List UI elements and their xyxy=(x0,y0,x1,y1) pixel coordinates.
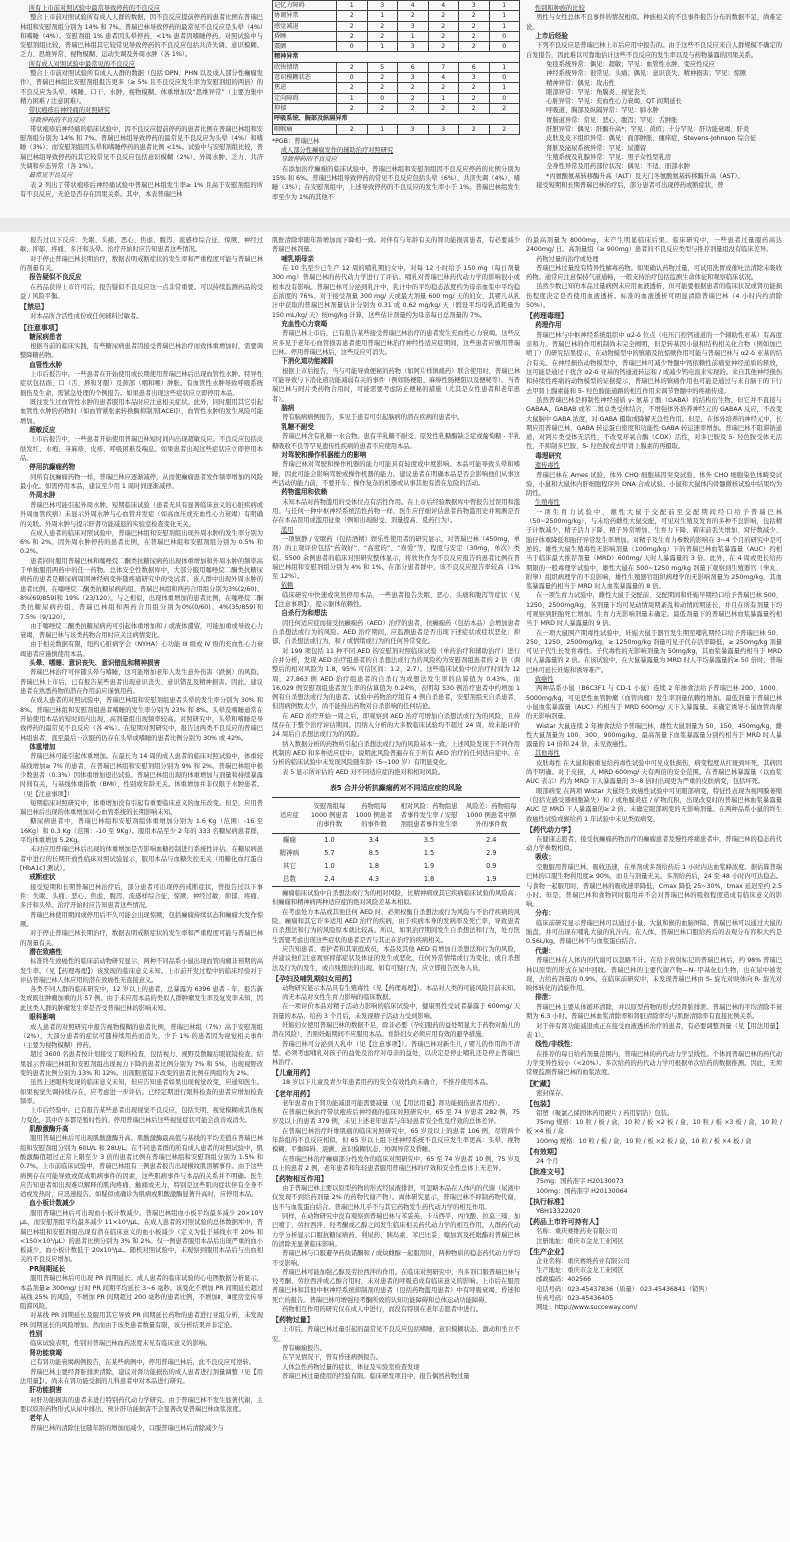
underlined-heading: 成人部分性癫痫发作的辅助治疗对照研究 xyxy=(272,146,520,155)
subsection-heading: 下消化道功能减弱 xyxy=(272,357,520,367)
table-category-row: 呼吸系统、胸部及纵隔异常 xyxy=(273,114,520,124)
section-heading: 【注意事项】 xyxy=(20,323,263,333)
paragraph: 邮政编码：402566 xyxy=(526,1275,782,1284)
indication-cell: 其它 xyxy=(272,860,307,873)
table-row: 感觉减退223221 xyxy=(273,21,520,31)
paragraph: 肌酐清除率随年龄增加而下降相一致。对伴有与年龄有关的肾功能损害患者，有必要减少普… xyxy=(272,236,520,255)
paragraph: 上市后报告中，一些患者在开始使用或长期使用普瑞巴林后出现血管性水肿。特异性症状包… xyxy=(20,370,263,398)
paragraph: 表 2 列出了带状疱疹后神经痛试验中普瑞巴林组发生率≥ 1% 且高于安慰剂组的所… xyxy=(20,181,263,200)
event-rate-cell: 2 xyxy=(428,11,459,21)
paragraph: 普瑞巴林过量使用的经验有限。临床研发项目中，报告偶然药物过量 xyxy=(272,1372,520,1381)
section-heading: 【批准文号】 xyxy=(526,1167,782,1177)
paragraph: 根据当前的临床实践，有些糖尿病患者因接受普瑞巴林治疗而致体重增加时，需要调整降糖… xyxy=(20,342,263,361)
risk-value-cell: 2.9 xyxy=(462,847,520,860)
event-label: 昏睡 xyxy=(273,31,337,41)
list-line: 胃肠道异常：常见：恶心、腹泻；罕见：舌肿胀 xyxy=(526,116,782,125)
paragraph: 临床前研究显示普瑞巴林可以通过小鼠、大鼠和猴的血脑屏障。普瑞巴林可以通过大鼠的胎… xyxy=(526,919,782,947)
page-separator xyxy=(0,218,790,232)
adverse-event-table-2: 记忆力障碍134431协调异常212221感觉减退223221昏睡221220震… xyxy=(272,0,520,135)
indication-cell: 癫痫 xyxy=(272,834,307,848)
paragraph: 上市后经验中，已有报告某些患者出现视觉不良反应，包括失明、视觉模糊或其他视力变化… xyxy=(20,1106,263,1125)
event-rate-cell: 3 xyxy=(398,21,429,31)
paragraph: 服用普瑞巴林后可出现血小板计数减少。普瑞巴林组血小板平均最多减少 20×10³/… xyxy=(20,1209,263,1265)
paragraph: 皮肤毒性 在大鼠和猴重复给药毒性试验中可见皮肤损伤，病变程度从红斑到坏死，其病因… xyxy=(526,759,782,787)
event-rate-cell: 6 xyxy=(398,62,429,72)
paragraph: 曾有脑病病例报告，多见于患有可引起脑病的潜在疾病的患者中。 xyxy=(272,413,520,422)
paragraph: 对于停止普瑞巴林长期治疗，数据表明戒断症状的发生率和严重程度可能与普瑞巴林的剂量… xyxy=(20,255,263,274)
paragraph: 普瑞巴林可能加强乙醇及劳拉西泮的作用。在临床对照研究中，当多剂口服普瑞巴林与羟考… xyxy=(272,1268,520,1305)
event-rate-cell: 2 xyxy=(337,83,368,93)
paragraph: 动物研究显示本品具有生殖毒性（见【药理毒理】）。本品对人类的可能风险目前未知。 xyxy=(272,984,520,993)
paragraph: YBH13322020 xyxy=(526,1207,782,1216)
paragraph: 24 个月 xyxy=(526,1157,782,1166)
italic-heading: 导致停药的不良反应 xyxy=(20,116,263,125)
subsection-heading: 血管性水肿 xyxy=(20,361,263,371)
paragraph: 在普瑞巴林治疗带状疱疹后神经痛的临床对照研究中，65 至 74 岁患者 282 … xyxy=(272,1108,520,1127)
paragraph: 各类不同人群的临床研究中，12 岁以上的患者，总暴露为 6396 患者 - 年，… xyxy=(20,985,263,1013)
paragraph: 药物相互作用的研究仅在成人中进行，而没有特别在老年志愿者中进行。 xyxy=(272,1305,520,1314)
paragraph: 在考虑处方本品或其他任何 AED 时，必须权衡自杀想法或行为风险与不治疗疾病的风… xyxy=(272,908,520,945)
event-rate-cell: 2 xyxy=(428,21,459,31)
event-rate-cell: 6 xyxy=(459,62,490,72)
paragraph: 因任何适应症而接受抗癫痫药（AED）治疗的患者，抗癫痫药（包括本品）会增加患者自… xyxy=(272,619,520,647)
event-rate-cell: 1 xyxy=(337,1,368,11)
paragraph: 普瑞巴林含有乳糖一水合物。患有半乳糖不耐受、原发性乳糖酶缺乏症或葡萄糖 - 半乳… xyxy=(272,432,520,451)
paragraph: 一项生育力试验中，雄性大鼠于交配前至交配期间经口给予普瑞巴林（50~2500mg… xyxy=(526,508,782,592)
paragraph: 普瑞巴林主要经肾脏排泄清除，建议对肾功能损伤的成人患者进行剂量调整（见【用法用量… xyxy=(20,1368,263,1387)
event-rate-cell: 7 xyxy=(428,62,459,72)
event-label: 咽喉痛 xyxy=(273,124,337,134)
table-5-header: 风险差：药物组每 1000 例患者中额外的事件数 xyxy=(462,798,520,834)
paragraph: 由于相关数据有限，纽约心脏病学会（NYHA）心功能 III 级或 IV 级的充血… xyxy=(20,640,263,659)
paragraph: 应告知患者、看护者和其家庭成员，本品及其他 AED 有增加自杀想法和行为的风险，… xyxy=(272,945,520,973)
section-heading: 【禁忌】 xyxy=(20,302,263,312)
table-5-row: 精神病5.78.51.52.9 xyxy=(272,847,520,860)
paragraph: 未对应用普瑞巴林后出现的体重增加是否影响血糖控制进行系统性评估。在糖尿病患者中进… xyxy=(20,845,263,873)
list-line: 免疫系统异常：偶见：超敏；罕见：血管性水肿、变应性反应 xyxy=(526,60,782,69)
event-rate-cell: 2 xyxy=(367,21,398,31)
paragraph: 服用普瑞巴林后可出现肌酸激酶升高。肌酸激酶最高值与基线的平均差值在普瑞巴林组和安… xyxy=(20,1134,263,1199)
paragraph: 在罕见情况下，曾有昏迷病例报告。 xyxy=(272,1353,520,1362)
event-rate-cell: 2 xyxy=(459,83,490,93)
event-rate-cell: 2 xyxy=(428,42,459,52)
subsection-heading: 自杀行为和想法 xyxy=(272,609,520,619)
paragraph: 由于普瑞巴林主要以原型药物的形式经尿液排泄，可忽略本品在人体内的代谢（尿液中仅发… xyxy=(272,1184,520,1212)
paragraph: 普瑞巴林可分泌到人乳中（见【注意事项】）。普瑞巴林对新生儿 / 婴儿的作用尚不清… xyxy=(272,1040,520,1068)
event-rate-cell: 1 xyxy=(489,83,520,93)
subsection-heading: 线性/非线性： xyxy=(526,1040,782,1050)
section-heading: 【药品上市许可持有人】 xyxy=(526,1217,782,1227)
subsection-heading: 老年人 xyxy=(20,1414,263,1424)
event-rate-cell: 2 xyxy=(337,103,368,113)
section-heading: 【执行标准】 xyxy=(526,1197,782,1207)
event-rate-cell: 2 xyxy=(459,124,490,134)
event-rate-cell: 3 xyxy=(459,73,490,83)
subsection-heading: 超敏反应 xyxy=(20,426,263,436)
paragraph: 在 10 名至少已生产 12 周的哺乳期妇女中，对每 12 小时给予 150 m… xyxy=(272,264,520,320)
event-rate-cell: 1 xyxy=(367,42,398,52)
subsection-heading: 肌酸激酶升高 xyxy=(20,1125,263,1135)
paragraph: 一项镇静 / 安眠药（包括酒精）娱乐性使用者的研究显示，对普瑞巴林（450mg，… xyxy=(272,535,520,581)
underlined-heading: 所有成人对照试验中最常见的不良反应 xyxy=(20,60,263,69)
table-row: 抑郁222222 xyxy=(273,103,520,113)
event-rate-cell: 2 xyxy=(337,21,368,31)
paragraph: 普瑞巴林在人体内的代谢可以忽略不计。在给予放射标记的普瑞巴林后，约 98% 普瑞… xyxy=(526,956,782,993)
event-rate-cell: 0 xyxy=(489,31,520,41)
event-rate-cell: 2 xyxy=(337,31,368,41)
paragraph: 在一项评价本品对精子活动力影响的临床试验中，健康男性受试者暴露于 600mg/ … xyxy=(272,1002,520,1021)
paragraph: 注册地址：重庆市金龙工业园区 xyxy=(526,1237,782,1246)
event-label: 焦虑 xyxy=(273,83,337,93)
subsection-heading: 药理作用 xyxy=(526,321,782,331)
subsection-heading: 停用抗癫痫药物 xyxy=(20,463,263,473)
table-5-caption: 表5 合并分析抗癫痫药对不同适应症的风险 xyxy=(272,781,520,797)
list-line: 肾脏及泌尿系统异常：罕见：尿潴留 xyxy=(526,144,782,153)
underlined-heading: 依赖 xyxy=(272,581,520,590)
event-rate-cell: 2 xyxy=(398,11,429,21)
top-left-column: 所有上市前对照试验中最常导致停药的不良反应整合上市前对照试验所有成人人群的数据，… xyxy=(20,4,263,214)
paragraph: 整合上市前对照试验所有成人人群的数据，因不良反应提前停药的患者比例在普瑞巴林组和… xyxy=(20,13,263,59)
main-column-2-lower: 癫痫临床试验中自杀想法或行为的相对风险，比精神病或其它疾病临床试验的风险高；但癫… xyxy=(272,889,520,1381)
paragraph: 表 5 显示所评估的 AED 对不同适应症的绝对和相对风险。 xyxy=(272,768,520,777)
event-rate-cell: 2 xyxy=(459,11,490,21)
event-rate-cell: 2 xyxy=(428,31,459,41)
paragraph: 超过 3600 名患者按计划接受了眼科检查，包括视力、视野及散瞳后眼底镜检查。结… xyxy=(20,1050,263,1078)
section-heading: 【老年用药】 xyxy=(272,1089,520,1099)
subsection-heading: 吸收： xyxy=(526,853,782,863)
paragraph: 传真号码：023-45436405 xyxy=(526,1294,782,1303)
paragraph: 的最高剂量为 8000mg，未产生明显临床后果。临床研究中，一些患者过量服药高达… xyxy=(526,236,782,255)
subsection-heading: 乳糖不耐受 xyxy=(272,423,520,433)
underlined-heading: 遗传毒性 xyxy=(526,461,782,470)
paragraph: 密封保存。 xyxy=(526,1089,782,1098)
underlined-heading: 性别和种族的比较 xyxy=(526,4,782,13)
paragraph: 普瑞巴林的清除往往随年龄的增加而减少，口服普瑞巴林后清除减少与 xyxy=(20,1424,263,1433)
paragraph: 药物过量的治疗或处理 xyxy=(526,255,782,264)
italic-heading: 导致停药的不良反应 xyxy=(272,155,520,164)
main-column-1: 报告过以下反应：失眠、头痛、恶心、焦虑、腹泻、流感样综合征、惊厥、神经过敏、抑郁… xyxy=(20,236,263,1536)
event-rate-cell: 1 xyxy=(367,11,398,21)
paragraph: 生产地址：重庆市金龙工业园区 xyxy=(526,1266,782,1275)
paragraph: 对本品所含活性成份或任何辅料过敏者。 xyxy=(20,312,263,321)
risk-value-cell: 5.7 xyxy=(307,847,352,860)
paragraph: 接受短期和长期普瑞巴林治疗后，部分患者可出现停药或断症状，曾 xyxy=(526,181,782,190)
italic-heading: 最常见不良反应 xyxy=(20,171,263,180)
paragraph: 在普瑞巴林治疗癫痫部分性发作的临床对照研究中，65 至 74 岁患者 10 例，… xyxy=(272,1155,520,1174)
event-label: 感觉减退 xyxy=(273,21,337,31)
table-5-aed-risk: 表5 合并分析抗癫痫药对不同适应症的风险 适应症安慰剂组每 1000 例患者的事… xyxy=(272,781,520,887)
subsection-heading: 肝功能损害 xyxy=(20,1386,263,1396)
event-rate-cell: 1 xyxy=(489,62,520,72)
table-category-row: 精神异常 xyxy=(273,52,520,62)
event-rate-cell: 2 xyxy=(367,73,398,83)
paragraph: 铝塑（聚氯乙烯固体药用硬片 / 药用铝箔）包装。 xyxy=(526,1109,782,1118)
subsection-heading: 分布： xyxy=(526,909,782,919)
risk-value-cell: 1.8 xyxy=(352,860,395,873)
event-rate-cell: 2 xyxy=(367,31,398,41)
paragraph: 妊娠妇女使用普瑞巴林的数据不足，除非必要（孕妇服药的益处明显大于药物对胎儿的潜在… xyxy=(272,1021,520,1040)
event-rate-cell: 3 xyxy=(398,42,429,52)
section-heading: 【孕妇及哺乳期妇女用药】 xyxy=(272,974,520,984)
risk-value-cell: 0.9 xyxy=(462,860,520,873)
paragraph: 普瑞巴林上市后，已有报告某些接受普瑞巴林治疗的患者发生充血性心力衰竭。这些反应多… xyxy=(272,329,520,357)
paragraph: 名称：重庆赛维药业有限公司 xyxy=(526,1227,782,1236)
paragraph: 上市后，普瑞巴林过量引起的最常见不良反应包括嗜睡、意识模糊状态、激动和坐立不安。 xyxy=(272,1325,520,1344)
paragraph: 带状疱疹后神经痛的临床试验中，因不良反应提前停药的患者比例在普瑞巴林组和安慰剂组… xyxy=(20,125,263,171)
paragraph: 纳入数据分析的药物所引起自杀想法或行为的风险基本一致。上述风险发现于不同作用机制… xyxy=(272,740,520,768)
event-rate-cell: 4 xyxy=(428,73,459,83)
paragraph: 服用普瑞巴林后可出现 PR 间期延长。成人患者的临床试验的心电图数据分析显示，本… xyxy=(20,1274,263,1311)
top-middle-text: 成人部分性癫痫发作的辅助治疗对照研究导致停药的不良反应在添加治疗癫痫的临床试验中… xyxy=(272,146,520,202)
section-heading: 【有效期】 xyxy=(526,1147,782,1157)
table-5-header: 安慰剂组每 1000 例患者的事件数 xyxy=(307,798,352,834)
event-rate-cell: 3 xyxy=(367,1,398,11)
event-label: 意识模糊状态 xyxy=(273,73,337,83)
list-line: 全身性异常及用药部位状况：偶见：不适、面部水肿 xyxy=(526,162,782,171)
event-rate-cell: 2 xyxy=(367,83,398,93)
subsection-heading: 性别 xyxy=(20,1330,263,1340)
list-line: 呼吸道、胸部及纵隔异常：罕见：肺水肿 xyxy=(526,106,782,115)
paragraph: 在一项生育力试验中，雌性大鼠于交配前、交配期间和妊娠早期经口给予普瑞巴林 500… xyxy=(526,591,782,628)
paragraph: 两种品系小鼠（B6C3F1 与 CD-1 小鼠）连续 2 年掺食法给予普瑞巴林 … xyxy=(526,684,782,721)
event-label: 定向障碍 xyxy=(273,93,337,103)
main-column-3: 的最高剂量为 8000mg，未产生明显临床后果。临床研究中，一些患者过量服药高达… xyxy=(526,236,782,1536)
paragraph: 由于噻唑烷二酮类抗糖尿病药可引起体重增加和 / 或液体潴留，可能加重或导致心力衰… xyxy=(20,622,263,641)
section-heading: 【药物相互作用】 xyxy=(272,1174,520,1184)
list-line: 眼部异常：罕见：角膜炎、视觉丧失 xyxy=(526,88,782,97)
paragraph: 18 岁以下儿童及青少年患者用药的安全有效性尚未确立，不推荐使用本品。 xyxy=(272,1078,520,1087)
paragraph: 虽然少数已知的本品过量病例未应用血液透析，但可能要根据患者的临床状况或肾功能损伤… xyxy=(526,282,782,310)
event-rate-cell: 0 xyxy=(367,93,398,103)
subsection-heading: 代谢： xyxy=(526,947,782,957)
paragraph: 根据上市后报告，当与可能导致便秘的药物（如阿片样镇痛药）联合使用时，普瑞巴林可能… xyxy=(272,367,520,404)
paragraph: 对基线 PR 间期延长及服用其它导致 PR 间期延长药物的患者进行亚组分析，未发… xyxy=(20,1311,263,1330)
subsection-heading: 对驾驶和操作机器能力的影响 xyxy=(272,451,520,461)
list-line: 心脏异常：罕见：充血性心力衰竭、QT 间期延长 xyxy=(526,97,782,106)
paragraph: 糖尿病患者中，普瑞巴林组和安慰剂组体重增加分别为 1.6 Kg（范围：-16 至… xyxy=(20,817,263,845)
table-5-header: 适应症 xyxy=(272,798,307,834)
subsection-heading: 潜在致癌性 xyxy=(20,948,263,958)
paragraph: 眼部病变 在两项 Wistar 大鼠终生致癌性试验中可见眼部病变，特征性表现为视… xyxy=(526,787,782,824)
subsection-heading: 充血性心力衰竭 xyxy=(272,320,520,330)
event-rate-cell: 2 xyxy=(489,124,520,134)
event-rate-cell: 1 xyxy=(337,93,368,103)
paragraph: 网址：http://www.succeway.com/ xyxy=(526,1303,782,1312)
paragraph: 普瑞巴林可能引起体重增加。在最长为 14 周的成人患者的临床对照试验中，体重较基… xyxy=(20,752,263,798)
section-heading: 【药理毒理】 xyxy=(526,311,782,321)
paragraph: 普瑞巴林主要从体循环清除，并以原型药物的形式经肾脏排泄。普瑞巴林的平均清除半衰期… xyxy=(526,1003,782,1022)
paragraph: 对 199 项包括 11 种不同 AED 的安慰剂对照临床试验（单药治疗和辅助治… xyxy=(272,647,520,712)
section-heading: 【贮藏】 xyxy=(526,1079,782,1089)
paragraph: 同样，在动物研究中没有观察到普瑞巴林与苯妥英、卡马西平、丙戊酸、拉莫三嗪、加巴喷… xyxy=(272,1212,520,1249)
event-rate-cell: 2 xyxy=(489,103,520,113)
paragraph: 尚无本品对女性生育力影响的临床数据。 xyxy=(272,993,520,1002)
event-rate-cell: 2 xyxy=(459,31,490,41)
event-rate-cell: 2 xyxy=(398,93,429,103)
event-rate-cell: 2 xyxy=(337,11,368,21)
subsection-heading: 外周水肿 xyxy=(20,491,263,501)
paragraph: Wistar 大鼠连续 2 年掺食法给予普瑞巴林，雄性大鼠剂量为 50、150、… xyxy=(526,722,782,750)
paragraph: 在普瑞巴林治疗纤维肌痛的临床对照研究中，65 岁及以上的患者 106 例，尽管两… xyxy=(272,1127,520,1155)
subsection-heading: 糖尿病患者 xyxy=(20,333,263,343)
table-row: 焦虑222221 xyxy=(273,83,520,93)
event-rate-cell: 1 xyxy=(367,124,398,134)
paragraph: 癫痫临床试验中自杀想法或行为的相对风险，比精神病或其它疾病临床试验的风险高；但癫… xyxy=(272,889,520,908)
event-rate-cell: 3 xyxy=(398,73,429,83)
event-rate-cell: 2 xyxy=(459,21,490,31)
risk-value-cell: 2.4 xyxy=(462,834,520,848)
subsection-heading: 肾功能衰竭 xyxy=(20,1349,263,1359)
top-middle-column: 记忆力障碍134431协调异常212221感觉减退223221昏睡221220震… xyxy=(272,0,520,214)
paragraph: 上市后报告中，一些患者开始使用普瑞巴林短时间内出现超敏反应。不良反应包括皮肤发红… xyxy=(20,435,263,463)
table-row: 昏睡221220 xyxy=(273,31,520,41)
risk-value-cell: 1.9 xyxy=(396,860,463,873)
paragraph: 普瑞巴林与口服避孕药炔诺酮和 / 或炔雌醇一起服用时，两种物质的稳态药代动力学均… xyxy=(272,1249,520,1268)
paragraph: 男性与女性总体不良事件的情况相似。种族相关的不良事件报告分布的数据不足，尚难定论… xyxy=(526,13,782,32)
event-label: 抑郁 xyxy=(273,103,337,113)
paragraph: 未知本品对药物滥用的受体位点有活性作用。在上市后经验数据库中曾报告过误用和滥用。… xyxy=(272,498,520,526)
underlined-heading: 生殖毒性 xyxy=(526,498,782,507)
subsection-heading: 眼科影响 xyxy=(20,1013,263,1023)
risk-value-cell: 1.9 xyxy=(462,873,520,887)
paragraph: 在药品获得上市许可后，报告疑似不良反应这一点非常重要。可以持续监测药品的受益 /… xyxy=(20,283,263,302)
table-row: 定向障碍102120 xyxy=(273,93,520,103)
subsection-heading: 头晕、嗜睡、意识丧失、意识错乱和精神损害 xyxy=(20,659,263,669)
event-rate-cell: 0 xyxy=(489,93,520,103)
table-footnote: *PGB：普瑞巴林 xyxy=(272,137,520,146)
list-line: 生殖系统及乳腺异常：罕见：男子女性型乳房 xyxy=(526,153,782,162)
category-label: 精神异常 xyxy=(273,52,520,62)
paragraph: 在 AED 治疗开始一周之后，即观察到 AED 治疗可增加自杀想法或行为的风险，… xyxy=(272,712,520,740)
paragraph: 对于伴有肾功能减退或正在接受血液透析治疗的患者，有必要调整剂量（见【用法用量】表… xyxy=(526,1022,782,1041)
table-row: 意识模糊状态023430 xyxy=(273,73,520,83)
paragraph: 虽然普瑞巴林是抑制性神经递质 γ- 氨基丁酸（GABA）的结构衍生物，但它并不直… xyxy=(526,396,782,452)
underlined-heading: 带状疱疹后神经痛的对照研究 xyxy=(20,106,263,115)
section-heading: 【药代动力学】 xyxy=(526,825,782,835)
paragraph: 整合上市前对照试验所有成人人群的数据（包括 DPN、PHN 以及成人部分性癫痫发… xyxy=(20,69,263,106)
event-label: 震颤 xyxy=(273,42,337,52)
event-rate-cell: 2 xyxy=(459,103,490,113)
risk-value-cell: 8.5 xyxy=(352,847,395,860)
event-rate-cell: 1 xyxy=(489,21,520,31)
paragraph: 普瑞巴林治疗可伴随头晕与嗜睡，这可能增加老年人发生意外伤害（跌倒）的风险。普瑞巴… xyxy=(20,668,263,696)
event-label: 欣快情绪 xyxy=(273,62,337,72)
main-column-2-upper: 肌酐清除率随年龄增加而下降相一致。对伴有与年龄有关的肾功能损害患者，有必要减少普… xyxy=(272,236,520,777)
paragraph: 在成人患者的对照试验中，普瑞巴林组和安慰剂组患者头晕的发生率分别为 30% 和 … xyxy=(20,696,263,742)
event-rate-cell: 2 xyxy=(337,62,368,72)
indication-cell: 精神病 xyxy=(272,847,307,860)
list-line: 皮肤及皮下组织异常：偶见：面部肿胀、瘙痒症、Stevens-Johnson 综合… xyxy=(526,134,782,143)
event-rate-cell: 4 xyxy=(398,1,429,11)
paragraph: 普瑞巴林对驾驶和操作机器的能力可能具有轻度或中度影响。本品可能导致头晕和嗜睡，因… xyxy=(272,460,520,488)
paragraph: 临床研究中快速或突然停用本品，一些患者报告失眠、恶心、头痛和腹泻等症状（见【注意… xyxy=(272,591,520,610)
section-heading: 【药物过量】 xyxy=(272,1315,520,1325)
paragraph: 患者同时服用普瑞巴林和噻唑烷二酮类抗糖尿病药出现体重增加和外周水肿的频率高于单独… xyxy=(20,557,263,622)
risk-value-cell: 3.5 xyxy=(396,834,463,848)
subsection-heading: 体重增加 xyxy=(20,743,263,753)
indication-cell: 总数 xyxy=(272,873,307,887)
paragraph: 在添加治疗癫痫的临床试验中，普瑞巴林组和安慰剂组因不良反应停药的比例分别为 15… xyxy=(272,165,520,202)
section-heading: 【生产企业】 xyxy=(526,1247,782,1257)
table-row: 咽喉痛213322 xyxy=(273,124,520,134)
paragraph: 100mg：国药准字 H20130064 xyxy=(526,1187,782,1196)
paragraph: 电话号码：023-45437836（质量） 023-45436841（销售） xyxy=(526,1285,782,1294)
event-rate-cell: 3 xyxy=(428,124,459,134)
event-rate-cell: 2 xyxy=(398,103,429,113)
table-row: 欣快情绪256761 xyxy=(273,62,520,72)
event-rate-cell: 2 xyxy=(428,83,459,93)
section-heading: 【儿童用药】 xyxy=(272,1068,520,1078)
paragraph: 75mg：国药准字 H20130073 xyxy=(526,1177,782,1186)
risk-value-cell: 1.5 xyxy=(396,847,463,860)
paragraph: 同所有抗癫痫药物一样，普瑞巴林应逐渐减停，从而使癫痫患者发作频率增加的风险最小化… xyxy=(20,473,263,492)
subsection-heading: 报告疑似不良反应 xyxy=(20,273,263,283)
subsection-heading: 血小板计数减少 xyxy=(20,1199,263,1209)
subsection-heading: 毒理研究 xyxy=(526,452,782,462)
paragraph: 虽然上述眼科发现的临床意义未知，但应告知患者如果出现视觉改变，应通知医生。如果视… xyxy=(20,1078,263,1106)
list-line: *丙氨酸氨基转移酶升高（ALT）及天门冬氨酸氨基转移酶升高（AST）。 xyxy=(526,172,782,181)
paragraph: 普瑞巴林在 Ames 试验、体外 CHO 细胞基因突变试验、体外 CHO 细胞染… xyxy=(526,471,782,499)
event-rate-cell: 3 xyxy=(459,1,490,11)
event-rate-cell: 4 xyxy=(428,1,459,11)
list-line: 神经系统异常：很常见：头痛；偶见：意识丧失、精神损害；罕见：惊厥 xyxy=(526,69,782,78)
paragraph: 企业名称：重庆赛维药业有限公司 xyxy=(526,1257,782,1266)
event-rate-cell: 0 xyxy=(489,42,520,52)
event-label: 记忆力障碍 xyxy=(273,1,337,11)
paragraph: 接受短期和长期普瑞巴林治疗后，部分患者可出现停药戒断症状，曾报告过以下事件：失眠… xyxy=(20,883,263,911)
event-label: 协调异常 xyxy=(273,11,337,21)
event-rate-cell: 2 xyxy=(428,103,459,113)
paragraph: 人体急性药物过量的症状、体征及实验室检查发现 xyxy=(272,1363,520,1372)
subsection-heading: 药物滥用和依赖 xyxy=(272,488,520,498)
table-row: 震颤013220 xyxy=(273,42,520,52)
paragraph: 普瑞巴林过量没有特异性解毒药物。如果确认药物过量，可试用洗胃或催吐法清除未吸收药… xyxy=(526,264,782,283)
event-rate-cell: 2 xyxy=(337,124,368,134)
event-rate-cell: 0 xyxy=(337,42,368,52)
subsection-heading: 脑病 xyxy=(272,404,520,414)
paragraph: 普瑞巴林使用期间或停用后不久可能会出现惊厥，包括癫痫持续状态和癫痫大发作惊厥。 xyxy=(20,911,263,930)
paragraph: 对肝功能损害的患者未进行特别药代动力学研究。由于普瑞巴林不发生显著代谢，主要以原… xyxy=(20,1396,263,1415)
subsection-heading: 排泄： xyxy=(526,993,782,1003)
event-rate-cell: 1 xyxy=(489,11,520,21)
paragraph: 临床试验表明，性别对普瑞巴林血药浓度未见有临床意义的影响。 xyxy=(20,1339,263,1348)
category-label: 呼吸系统、胸部及纵隔异常 xyxy=(273,114,520,124)
event-rate-cell: 1 xyxy=(428,93,459,103)
section-heading: 【包装】 xyxy=(526,1099,782,1109)
subsection-heading: 哺乳期母亲 xyxy=(272,255,520,265)
event-rate-cell: 2 xyxy=(459,93,490,103)
table-5-header: 相对风险：药物组患者事件发生率 / 安慰剂组患者事件发生率 xyxy=(396,798,463,834)
event-rate-cell: 1 xyxy=(489,1,520,11)
paragraph: 在成人患者的临床对照试验中，普瑞巴林组和安慰剂组出现外周水肿的发生率分别为 6%… xyxy=(20,529,263,557)
paragraph: 报告过以下反应：失眠、头痛、恶心、焦虑、腹泻、流感样综合征、惊厥、神经过敏、抑郁… xyxy=(20,236,263,255)
paragraph: 普瑞巴林可能引起外周水肿。短期临床试验（患者无具有显著临床意义的心脏疾病或外周血… xyxy=(20,501,263,529)
event-rate-cell: 2 xyxy=(398,83,429,93)
paragraph: 已有肾功能衰竭病例报告，在某些病例中，停用普瑞巴林后，此不良反应可逆转。 xyxy=(20,1358,263,1367)
main-column-2: 肌酐清除率随年龄增加而下降相一致。对伴有与年龄有关的肾功能损害患者，有必要减少普… xyxy=(272,236,520,1536)
table-row: 协调异常212221 xyxy=(273,11,520,21)
paragraph: 空腹服用普瑞巴林，吸收迅速，在单剂或多剂给药后 1 小时内达血浆峰浓度。据估算普… xyxy=(526,863,782,909)
paragraph: 在一项大鼠围产期毒性试验中，妊娠大鼠于器官发生期至哺乳期经口给予普瑞巴林 50、… xyxy=(526,629,782,675)
paragraph: 75mg 规格：10 粒 / 板 / 盒，10 粒 / 板 ×2 板 / 盒，1… xyxy=(526,1118,782,1137)
list-line: 肝胆异常：偶见：肝酶升高*；罕见：黄疸；十分罕见：肝功能衰竭、肝炎 xyxy=(526,125,782,134)
table-row: 记忆力障碍134431 xyxy=(273,1,520,11)
event-rate-cell: 2 xyxy=(459,42,490,52)
paragraph: 成人患者的对照研究中报告视物模糊的患者比例，普瑞巴林组（7%）高于安慰剂组（2%… xyxy=(20,1023,263,1051)
underlined-heading: 滥用 xyxy=(272,526,520,535)
paragraph: 曾有癫痫报告。 xyxy=(272,1344,520,1353)
paragraph: 老年患者由于肾功能减退可能需要减量（见【用法用量】肾功能损伤患者用药）。 xyxy=(272,1099,520,1108)
